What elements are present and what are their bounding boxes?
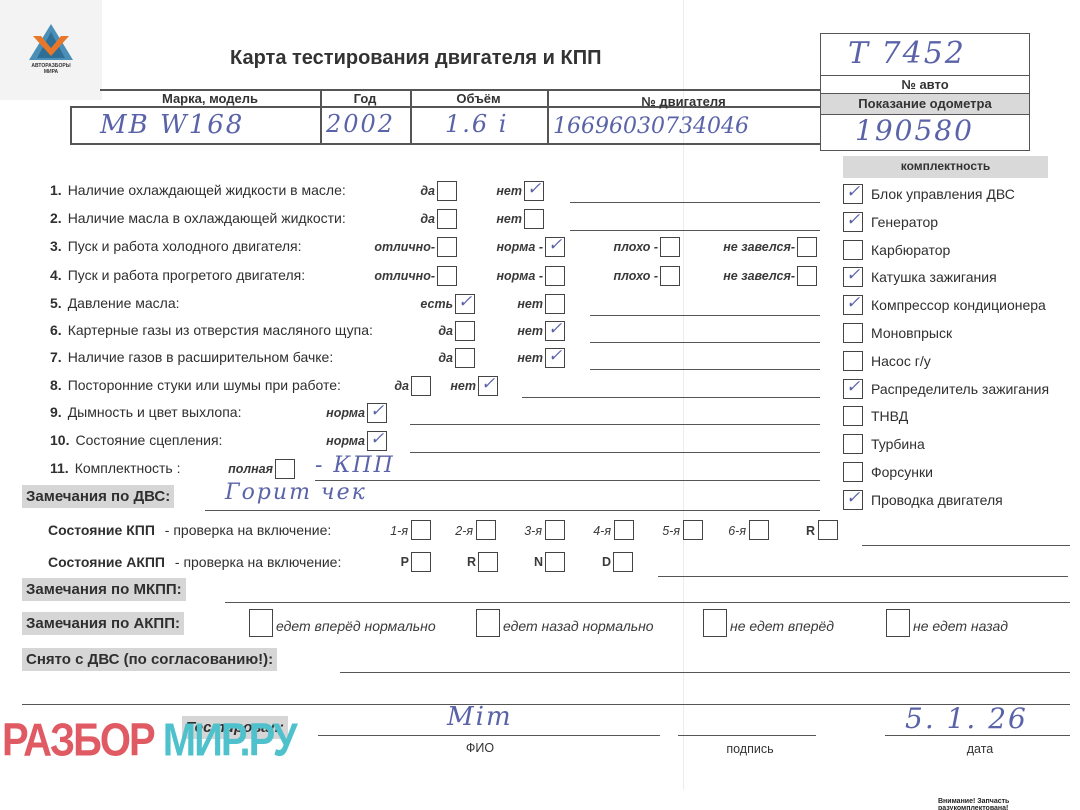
check-item-1: 1.Наличие охлаждающей жидкости в масле:: [50, 182, 346, 198]
check-item-3: 3.Пуск и работа холодного двигателя:: [50, 238, 302, 254]
check-notes-line[interactable]: [315, 480, 820, 481]
check-notes-line[interactable]: [590, 315, 820, 316]
kpp-gear-box[interactable]: [545, 520, 565, 540]
akpp-gear-label: R: [446, 555, 476, 569]
kit-item-label: ТНВД: [871, 408, 908, 424]
sign-line[interactable]: [678, 735, 816, 736]
logo-text-line2: МИРА: [0, 69, 102, 75]
divider: [820, 93, 1030, 94]
check-notes-line[interactable]: [590, 342, 820, 343]
kpp-check-label-rest: - проверка на включение:: [161, 522, 331, 538]
check-item-7: 7.Наличие газов в расширительном бачке:: [50, 349, 333, 365]
odometer-label: Показание одометра: [820, 96, 1030, 111]
check-option-label: нет: [412, 184, 522, 198]
check-notes-line[interactable]: [410, 452, 820, 453]
kit-checkbox[interactable]: [843, 379, 863, 399]
check-option-box[interactable]: [545, 321, 565, 341]
kpp-gear-label: 5-я: [640, 524, 680, 538]
mkpp-remarks-line[interactable]: [225, 602, 1070, 603]
akpp-remarks-label: Замечания по АКПП:: [22, 612, 184, 635]
check-option-box[interactable]: [524, 209, 544, 229]
col-header-make-model: Марка, модель: [100, 91, 320, 106]
removed-label: Снято с ДВС (по согласованию!):: [22, 648, 277, 671]
akpp-check-label-bold: Состояние АКПП: [48, 554, 165, 570]
dvs-remarks-value[interactable]: Горит чек: [225, 480, 367, 505]
akpp-remark-checkbox[interactable]: [249, 609, 273, 637]
kit-item-label: Генератор: [871, 214, 938, 230]
akpp-remark-checkbox[interactable]: [703, 609, 727, 637]
check-text: Наличие газов в расширительном бачке:: [68, 349, 334, 365]
akpp-remark-label: едет назад нормально: [503, 618, 654, 634]
check-item-9: 9.Дымность и цвет выхлопа:: [50, 404, 241, 420]
watermark-part2: МИР.РУ: [163, 715, 296, 766]
check-text: Наличие охлаждающей жидкости в масле:: [68, 182, 346, 198]
check-option-box[interactable]: [367, 431, 387, 451]
check-text: Дымность и цвет выхлопа:: [68, 404, 242, 420]
akpp-notes-line: [658, 576, 1068, 577]
check-option-box[interactable]: [797, 266, 817, 286]
date-line: [885, 735, 1070, 736]
check-item-6: 6.Картерные газы из отверстия масляного …: [50, 322, 373, 338]
kit-item-label: Блок управления ДВС: [871, 186, 1015, 202]
kpp-gear-box[interactable]: [749, 520, 769, 540]
check-option-label: отлично-: [325, 269, 435, 283]
check-option-label: норма: [255, 406, 365, 420]
warning-text: Внимание! Запчасть разукомплектована!: [938, 798, 1080, 810]
akpp-gear-label: P: [379, 555, 409, 569]
check-item-2: 2.Наличие масла в охлаждающей жидкости:: [50, 210, 346, 226]
fio-label: ФИО: [440, 741, 520, 755]
col-header-volume: Объём: [410, 91, 547, 106]
engine-number-value[interactable]: 16696030734046: [553, 114, 749, 139]
check-number: 2.: [50, 210, 62, 226]
check-option-label: нет: [433, 297, 543, 311]
check-number: 10.: [50, 432, 69, 448]
table-vline: [70, 106, 72, 144]
check-option-box[interactable]: [545, 348, 565, 368]
kit-item-label: Катушка зажигания: [871, 269, 997, 285]
check-option-label: нет: [366, 379, 476, 393]
divider: [820, 75, 1030, 76]
kpp-gear-box[interactable]: [818, 520, 838, 540]
check-option-box[interactable]: [478, 376, 498, 396]
kit-item-label: Проводка двигателя: [871, 492, 1003, 508]
kit-checkbox[interactable]: [843, 323, 863, 343]
kpp-gear-label: 4-я: [571, 524, 611, 538]
kit-item-label: Форсунки: [871, 464, 933, 480]
akpp-remark-checkbox[interactable]: [476, 609, 500, 637]
check-number: 7.: [50, 349, 62, 365]
check-option-box[interactable]: [524, 181, 544, 201]
watermark: РАЗБОР МИР.РУ: [2, 715, 296, 767]
kit-checkbox[interactable]: [843, 295, 863, 315]
check-option-label: нет: [433, 324, 543, 338]
check-option-box[interactable]: [797, 237, 817, 257]
akpp-check-label: Состояние АКПП - проверка на включение:: [48, 554, 341, 570]
akpp-gear-box[interactable]: [545, 552, 565, 572]
check-notes-line[interactable]: [570, 202, 820, 203]
check-option-label: не завелся-: [685, 269, 795, 283]
check-notes-line[interactable]: [410, 424, 820, 425]
check-text: Давление масла:: [68, 295, 180, 311]
kit-checkbox[interactable]: [843, 267, 863, 287]
check-text: Состояние сцепления:: [75, 432, 222, 448]
company-logo: АВТОРАЗБОРЫ МИРА: [0, 0, 102, 100]
check-option-label: плохо -: [548, 240, 658, 254]
check-number: 3.: [50, 238, 62, 254]
check-number: 5.: [50, 295, 62, 311]
kit-checkbox[interactable]: [843, 490, 863, 510]
check-item-4: 4.Пуск и работа прогретого двигателя:: [50, 267, 305, 283]
check-number: 4.: [50, 267, 62, 283]
kpp-gear-label: R: [775, 524, 815, 538]
kit-item-label: Турбина: [871, 436, 925, 452]
make-model-value[interactable]: MB W168: [100, 110, 244, 140]
kpp-gear-box[interactable]: [683, 520, 703, 540]
akpp-remark-label: не едет назад: [913, 618, 1008, 634]
check-item-10: 10.Состояние сцепления:: [50, 432, 222, 448]
logo-text: АВТОРАЗБОРЫ МИРА: [0, 63, 102, 75]
kpp-gear-label: 1-я: [368, 524, 408, 538]
watermark-part1: РАЗБОР: [2, 715, 154, 766]
completeness-note-value[interactable]: - КПП: [315, 453, 395, 478]
fio-value[interactable]: Мiт: [447, 702, 513, 732]
kit-checkbox[interactable]: [843, 351, 863, 371]
kpp-gear-box[interactable]: [614, 520, 634, 540]
check-option-box[interactable]: [660, 266, 680, 286]
removed-line[interactable]: [340, 672, 1070, 673]
check-number: 8.: [50, 377, 62, 393]
akpp-check-label-rest: - проверка на включение:: [171, 554, 341, 570]
mountain-v-logo-icon: [27, 22, 75, 62]
akpp-gear-box[interactable]: [411, 552, 431, 572]
check-option-label: не завелся-: [685, 240, 795, 254]
year-value[interactable]: 2002: [326, 110, 395, 138]
date-value[interactable]: 5. 1. 26: [905, 702, 1028, 735]
check-option-label: норма -: [433, 269, 543, 283]
page-title: Карта тестирования двигателя и КПП: [230, 47, 601, 70]
table-bottom-line: [70, 143, 820, 145]
check-notes-line[interactable]: [522, 397, 820, 398]
volume-value[interactable]: 1.6 i: [445, 110, 508, 138]
sign-label: подпись: [700, 742, 800, 756]
dvs-remarks-line: [205, 510, 820, 511]
col-header-year: Год: [320, 91, 410, 106]
akpp-gear-box[interactable]: [478, 552, 498, 572]
kit-checkbox[interactable]: [843, 462, 863, 482]
check-option-label: норма -: [433, 240, 543, 254]
kit-checkbox[interactable]: [843, 434, 863, 454]
akpp-gear-label: N: [513, 555, 543, 569]
check-option-label: плохо -: [548, 269, 658, 283]
check-text: Пуск и работа прогретого двигателя:: [68, 267, 305, 283]
akpp-remark-label: не едет вперёд: [730, 618, 834, 634]
check-text: Наличие масла в охлаждающей жидкости:: [68, 210, 346, 226]
kpp-check-label: Состояние КПП - проверка на включение:: [48, 522, 331, 538]
kpp-notes-line: [862, 545, 1070, 546]
kit-item-label: Компрессор кондиционера: [871, 297, 1046, 313]
kpp-gear-box[interactable]: [476, 520, 496, 540]
check-option-label: норма: [255, 434, 365, 448]
akpp-gear-box[interactable]: [613, 552, 633, 572]
check-option-label: полная: [163, 462, 273, 476]
kit-title: комплектность: [843, 159, 1048, 173]
check-option-box[interactable]: [275, 459, 295, 479]
check-notes-line[interactable]: [570, 230, 820, 231]
kit-checkbox[interactable]: [843, 184, 863, 204]
odometer-value[interactable]: 190580: [855, 114, 974, 147]
check-option-label: нет: [412, 212, 522, 226]
kpp-check-label-bold: Состояние КПП: [48, 522, 155, 538]
kpp-gear-label: 3-я: [502, 524, 542, 538]
kit-item-label: Насос г/у: [871, 353, 931, 369]
dvs-remarks-label: Замечания по ДВС:: [22, 485, 174, 508]
check-option-box[interactable]: [545, 294, 565, 314]
check-option-box[interactable]: [367, 403, 387, 423]
check-item-5: 5.Давление масла:: [50, 295, 180, 311]
akpp-remark-checkbox[interactable]: [886, 609, 910, 637]
check-option-label: нет: [433, 351, 543, 365]
date-label: дата: [940, 742, 1020, 756]
check-item-8: 8.Посторонние стуки или шумы при работе:: [50, 377, 341, 393]
check-text: Картерные газы из отверстия масляного щу…: [68, 322, 373, 338]
check-number: 1.: [50, 182, 62, 198]
car-number-label: № авто: [820, 77, 1030, 92]
check-text: Пуск и работа холодного двигателя:: [68, 238, 302, 254]
kpp-gear-box[interactable]: [411, 520, 431, 540]
check-option-label: отлично-: [325, 240, 435, 254]
check-number: 6.: [50, 322, 62, 338]
mkpp-remarks-label: Замечания по МКПП:: [22, 578, 186, 601]
check-notes-line[interactable]: [590, 369, 820, 370]
kpp-gear-label: 2-я: [433, 524, 473, 538]
kit-item-label: Моновпрыск: [871, 325, 952, 341]
kit-checkbox[interactable]: [843, 406, 863, 426]
car-number-value[interactable]: T 7452: [848, 36, 966, 71]
kpp-gear-label: 6-я: [706, 524, 746, 538]
kit-checkbox[interactable]: [843, 212, 863, 232]
check-item-11: 11.Комплектность :: [50, 460, 181, 476]
akpp-remark-label: едет вперёд нормально: [276, 618, 436, 634]
kit-checkbox[interactable]: [843, 240, 863, 260]
col-header-engine-no: № двигателя: [547, 94, 820, 109]
akpp-gear-label: D: [581, 555, 611, 569]
fio-line: [318, 735, 660, 736]
check-number: 11.: [50, 460, 69, 476]
check-option-box[interactable]: [660, 237, 680, 257]
kit-item-label: Распределитель зажигания: [871, 381, 1049, 397]
kit-item-label: Карбюратор: [871, 242, 950, 258]
check-number: 9.: [50, 404, 62, 420]
